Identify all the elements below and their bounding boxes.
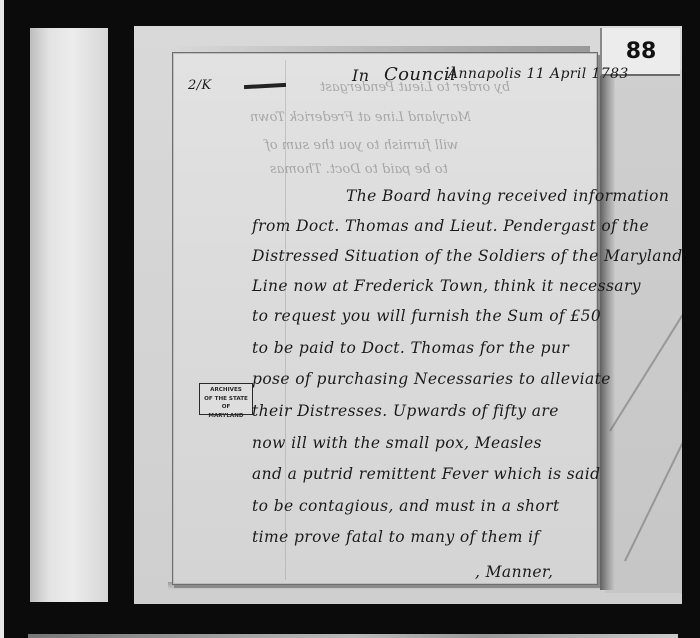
bleed-through-text: Maryland Line at Frederick Town — [250, 110, 471, 125]
stamp-line: MARYLAND — [200, 412, 252, 421]
catchword: , Manner, — [475, 563, 553, 581]
manuscript-line: Line now at Frederick Town, think it nec… — [252, 277, 641, 295]
manuscript-line: to be paid to Doct. Thomas for the pur — [252, 339, 569, 357]
bleed-through-text: will furnish to you the sum of — [265, 138, 458, 153]
margin-note: 2/K — [188, 78, 212, 93]
archives-stamp: ARCHIVES OF THE STATE OF MARYLAND — [199, 383, 253, 415]
scan-border — [0, 0, 4, 638]
stamp-line: ARCHIVES — [200, 386, 252, 395]
mount-shadow — [597, 70, 615, 590]
scan-border-right — [682, 26, 700, 606]
heading-prefix: In — [352, 66, 369, 85]
microfilm-frame: 88 by order to Lieut Pendergast Maryland… — [0, 0, 700, 638]
stamp-line: OF THE STATE OF — [200, 395, 252, 412]
manuscript-line: from Doct. Thomas and Lieut. Pendergast … — [252, 217, 649, 235]
manuscript-line: Distressed Situation of the Soldiers of … — [252, 247, 683, 265]
next-frame-edge — [28, 634, 678, 638]
left-mount-board — [30, 28, 108, 602]
manuscript-line: their Distresses. Upwards of fifty are — [252, 402, 559, 420]
manuscript-line: now ill with the small pox, Measles — [252, 434, 542, 452]
heading-place-date: Annapolis 11 April 1783 — [448, 66, 629, 82]
manuscript-line: to be contagious, and must in a short — [252, 497, 560, 515]
heading-title: Council — [384, 64, 456, 85]
manuscript-line: The Board having received information — [346, 187, 669, 205]
manuscript-line: and a putrid remittent Fever which is sa… — [252, 465, 600, 483]
manuscript-line: time prove fatal to many of them if — [252, 528, 540, 546]
manuscript-line: to request you will furnish the Sum of £… — [252, 307, 601, 325]
bleed-through-text: to be paid to Doct. Thomas — [270, 162, 448, 177]
manuscript-line: pose of purchasing Necessaries to allevi… — [252, 370, 611, 388]
